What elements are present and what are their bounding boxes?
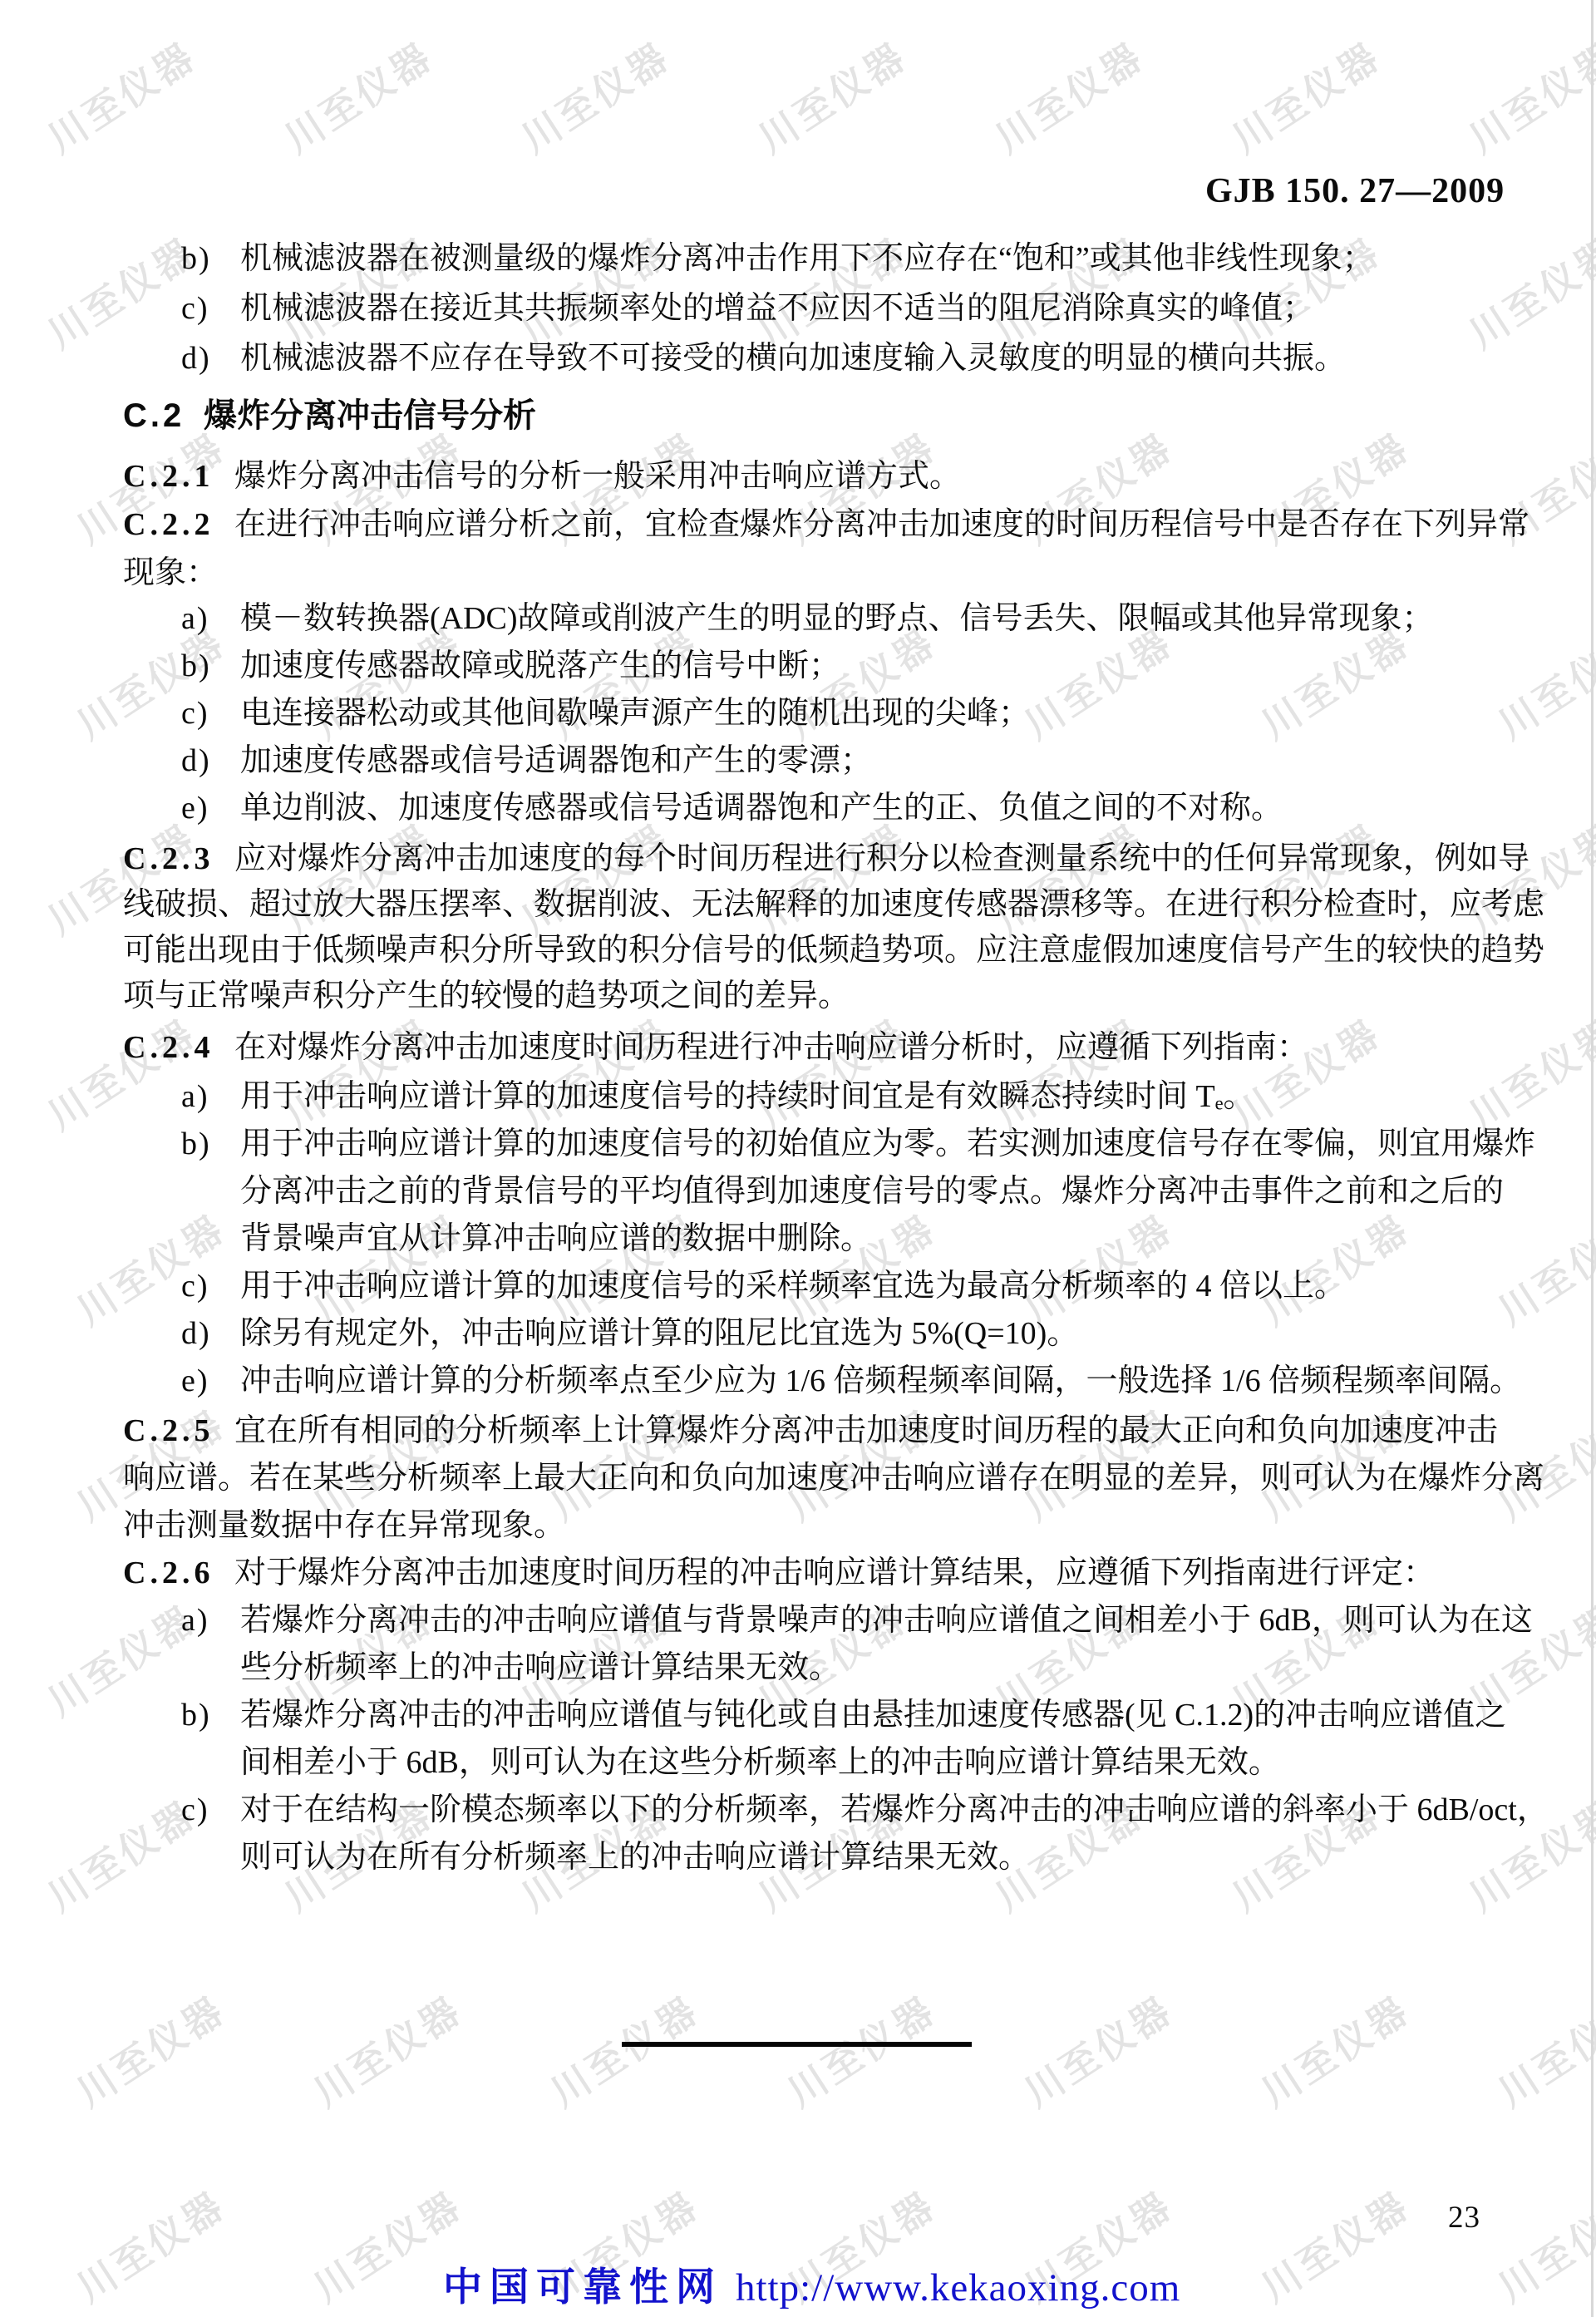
list-item-label: d)	[181, 737, 240, 785]
document-content: b)机械滤波器在被测量级的爆炸分离冲击作用下不应存在“饱和”或其他非线性现象；c…	[123, 234, 1503, 1881]
list-item: e)冲击响应谱计算的分析频率点至少应为 1/6 倍频程频率间隔，一般选择 1/6…	[123, 1358, 1503, 1405]
line-text: 模－数转换器(ADC)故障或削波产生的明显的野点、信号丢失、限幅或其他异常现象；	[240, 601, 1434, 636]
text-line: 冲击测量数据中存在异常现象。	[123, 1502, 1503, 1550]
text-line: b)若爆炸分离冲击的冲击响应谱值与钝化或自由悬挂加速度传感器(见 C.1.2)的…	[123, 1692, 1503, 1739]
section-heading: C.2爆炸分离冲击信号分析	[123, 391, 1503, 441]
watermark-text: 川至仪器	[539, 1981, 708, 2117]
line-text: 单边削波、加速度传感器或信号适调器饱和产生的正、负值之间的不对称。	[240, 791, 1283, 826]
text-line: a)用于冲击响应谱计算的加速度信号的持续时间宜是有效瞬态持续时间 Tₑ。	[123, 1073, 1503, 1121]
list-block: b)机械滤波器在被测量级的爆炸分离冲击作用下不应存在“饱和”或其他非线性现象；c…	[123, 234, 1503, 383]
footer-site-name: 中国可靠性网	[443, 2266, 722, 2310]
text-line: c)电连接器松动或其他间歇噪声源产生的随机出现的尖峰；	[123, 690, 1503, 737]
text-line: b)加速度传感器故障或脱落产生的信号中断；	[123, 643, 1503, 690]
section-paragraph: C.2.5宜在所有相同的分析频率上计算爆炸分离冲击加速度时间历程的最大正向和负向…	[123, 1407, 1503, 1550]
watermark-text: 川至仪器	[776, 1981, 945, 2117]
text-line: c)机械滤波器在接近其共振频率处的增益不应因不适当的阻尼消除真实的峰值；	[123, 283, 1503, 333]
list-item-label: b)	[181, 1121, 240, 1168]
text-line: C.2.3应对爆炸分离冲击加速度的每个时间历程进行积分以检查测量系统中的任何异常…	[123, 836, 1503, 882]
text-line: e)单边削波、加速度传感器或信号适调器饱和产生的正、负值之间的不对称。	[123, 785, 1503, 832]
watermark-text: 川至仪器	[65, 1981, 234, 2117]
line-text: 宜在所有相同的分析频率上计算爆炸分离冲击加速度时间历程的最大正向和负向加速度冲击	[234, 1413, 1498, 1448]
text-line: C.2.5宜在所有相同的分析频率上计算爆炸分离冲击加速度时间历程的最大正向和负向…	[123, 1407, 1503, 1455]
text-line: C.2.2在进行冲击响应谱分析之前，宜检查爆炸分离冲击加速度的时间历程信号中是否…	[123, 500, 1503, 549]
line-text: 用于冲击响应谱计算的加速度信号的采样频率宜选为最高分析频率的 4 倍以上。	[240, 1269, 1346, 1304]
section-paragraph: C.2.2在进行冲击响应谱分析之前，宜检查爆炸分离冲击加速度的时间历程信号中是否…	[123, 500, 1503, 597]
watermark-text: 川至仪器	[1249, 2177, 1419, 2313]
line-text: 用于冲击响应谱计算的加速度信号的持续时间宜是有效瞬态持续时间 Tₑ。	[240, 1079, 1254, 1114]
list-item-label: e)	[181, 785, 240, 832]
list-item-label: a)	[181, 1073, 240, 1121]
text-line: a)模－数转换器(ADC)故障或削波产生的明显的野点、信号丢失、限幅或其他异常现…	[123, 595, 1503, 643]
page-number: 23	[1448, 2200, 1480, 2236]
watermark-text: 川至仪器	[1486, 1981, 1596, 2117]
line-text: 应对爆炸分离冲击加速度的每个时间历程进行积分以检查测量系统中的任何异常现象，例如…	[234, 841, 1529, 876]
text-line: 响应谱。若在某些分析频率上最大正向和负向加速度冲击响应谱存在明显的差异，则可认为…	[123, 1455, 1503, 1502]
line-text: 用于冲击响应谱计算的加速度信号的初始值应为零。若实测加速度信号存在零偏，则宜用爆…	[240, 1126, 1535, 1161]
text-line: 间相差小于 6dB，则可认为在这些分析频率上的冲击响应谱计算结果无效。	[123, 1739, 1503, 1787]
text-line: 线破损、超过放大器压摆率、数据削波、无法解释的加速度传感器漂移等。在进行积分检查…	[123, 882, 1503, 928]
footer-site-url[interactable]: http://www.kekaoxing.com	[736, 2266, 1180, 2310]
list-item: b)机械滤波器在被测量级的爆炸分离冲击作用下不应存在“饱和”或其他非线性现象；	[123, 234, 1503, 283]
list-item-label: b)	[181, 234, 240, 283]
list-item: d)机械滤波器不应存在导致不可接受的横向加速度输入灵敏度的明显的横向共振。	[123, 333, 1503, 383]
text-line: a)若爆炸分离冲击的冲击响应谱值与背景噪声的冲击响应谱值之间相差小于 6dB，则…	[123, 1597, 1503, 1644]
line-text: 除另有规定外，冲击响应谱计算的阻尼比宜选为 5%(Q=10)。	[240, 1316, 1078, 1351]
line-text: 机械滤波器不应存在导致不可接受的横向加速度输入灵敏度的明显的横向共振。	[240, 341, 1346, 376]
section-number: C.2	[123, 391, 204, 441]
line-text: 若爆炸分离冲击的冲击响应谱值与背景噪声的冲击响应谱值之间相差小于 6dB，则可认…	[240, 1603, 1533, 1638]
list-item: c)用于冲击响应谱计算的加速度信号的采样频率宜选为最高分析频率的 4 倍以上。	[123, 1263, 1503, 1310]
section-paragraph: C.2.6对于爆炸分离冲击加速度时间历程的冲击响应谱计算结果，应遵循下列指南进行…	[123, 1550, 1503, 1597]
text-line: d)除另有规定外，冲击响应谱计算的阻尼比宜选为 5%(Q=10)。	[123, 1310, 1503, 1358]
text-line: d)机械滤波器不应存在导致不可接受的横向加速度输入灵敏度的明显的横向共振。	[123, 333, 1503, 383]
watermark-text: 川至仪器	[65, 2177, 234, 2313]
standard-number-header: GJB 150. 27—2009	[1205, 171, 1505, 211]
list-block: a)若爆炸分离冲击的冲击响应谱值与背景噪声的冲击响应谱值之间相差小于 6dB，则…	[123, 1597, 1503, 1881]
section-number: C.2.4	[123, 1023, 234, 1072]
section-number: C.2.1	[123, 452, 234, 500]
list-item-label: d)	[181, 333, 240, 383]
section-number: C.2.3	[123, 836, 234, 882]
text-line: c)对于在结构一阶模态频率以下的分析频率，若爆炸分离冲击的冲击响应谱的斜率小于 …	[123, 1787, 1503, 1834]
list-item-label: a)	[181, 595, 240, 643]
list-item-label: c)	[181, 1787, 240, 1834]
list-item-label: c)	[181, 283, 240, 333]
text-line: 些分析频率上的冲击响应谱计算结果无效。	[123, 1644, 1503, 1692]
section-number: C.2.2	[123, 500, 234, 549]
section-paragraph: C.2.1爆炸分离冲击信号的分析一般采用冲击响应谱方式。	[123, 452, 1503, 500]
list-item: c)对于在结构一阶模态频率以下的分析频率，若爆炸分离冲击的冲击响应谱的斜率小于 …	[123, 1787, 1503, 1881]
section-number: C.2.6	[123, 1550, 234, 1597]
list-item: e)单边削波、加速度传感器或信号适调器饱和产生的正、负值之间的不对称。	[123, 785, 1503, 832]
line-text: 机械滤波器在接近其共振频率处的增益不应因不适当的阻尼消除真实的峰值；	[240, 291, 1314, 326]
text-line: 项与正常噪声积分产生的较慢的趋势项之间的差异。	[123, 974, 1503, 1019]
footer-credit: 中国可靠性网http://www.kekaoxing.com	[443, 2256, 1180, 2312]
text-line: C.2.6对于爆炸分离冲击加速度时间历程的冲击响应谱计算结果，应遵循下列指南进行…	[123, 1550, 1503, 1597]
list-item: a)用于冲击响应谱计算的加速度信号的持续时间宜是有效瞬态持续时间 Tₑ。	[123, 1073, 1503, 1121]
text-line: 背景噪声宜从计算冲击响应谱的数据中删除。	[123, 1215, 1503, 1263]
text-line: C.2.4在对爆炸分离冲击加速度时间历程进行冲击响应谱分析时，应遵循下列指南：	[123, 1023, 1503, 1072]
end-of-text-rule	[622, 2042, 972, 2047]
text-line: 分离冲击之前的背景信号的平均值得到加速度信号的零点。爆炸分离冲击事件之前和之后的	[123, 1168, 1503, 1215]
section-number: C.2.5	[123, 1407, 234, 1455]
watermark-text: 川至仪器	[983, 27, 1153, 164]
line-text: 在对爆炸分离冲击加速度时间历程进行冲击响应谱分析时，应遵循下列指南：	[234, 1030, 1308, 1065]
watermark-text: 川至仪器	[302, 1981, 471, 2117]
watermark-text: 川至仪器	[36, 27, 205, 164]
watermark-text: 川至仪器	[1457, 27, 1596, 164]
text-line: c)用于冲击响应谱计算的加速度信号的采样频率宜选为最高分析频率的 4 倍以上。	[123, 1263, 1503, 1310]
text-line: 现象：	[123, 549, 1503, 597]
line-text: 加速度传感器故障或脱落产生的信号中断；	[240, 648, 840, 683]
watermark-text: 川至仪器	[746, 27, 916, 164]
text-line: b)机械滤波器在被测量级的爆炸分离冲击作用下不应存在“饱和”或其他非线性现象；	[123, 234, 1503, 283]
watermark-text: 川至仪器	[510, 27, 679, 164]
list-block: a)模－数转换器(ADC)故障或削波产生的明显的野点、信号丢失、限幅或其他异常现…	[123, 595, 1503, 832]
line-text: 若爆炸分离冲击的冲击响应谱值与钝化或自由悬挂加速度传感器(见 C.1.2)的冲击…	[240, 1698, 1506, 1733]
scanned-document-page: 川至仪器川至仪器川至仪器川至仪器川至仪器川至仪器川至仪器川至仪器川至仪器川至仪器…	[0, 0, 1596, 2317]
line-text: 冲击响应谱计算的分析频率点至少应为 1/6 倍频程频率间隔，一般选择 1/6 倍…	[240, 1363, 1521, 1398]
list-item: c)机械滤波器在接近其共振频率处的增益不应因不适当的阻尼消除真实的峰值；	[123, 283, 1503, 333]
line-text: 在进行冲击响应谱分析之前，宜检查爆炸分离冲击加速度的时间历程信号中是否存在下列异…	[234, 507, 1529, 542]
list-item: a)若爆炸分离冲击的冲击响应谱值与背景噪声的冲击响应谱值之间相差小于 6dB，则…	[123, 1597, 1503, 1692]
list-item: b)若爆炸分离冲击的冲击响应谱值与钝化或自由悬挂加速度传感器(见 C.1.2)的…	[123, 1692, 1503, 1787]
text-line: C.2爆炸分离冲击信号分析	[123, 391, 1503, 441]
list-item: a)模－数转换器(ADC)故障或削波产生的明显的野点、信号丢失、限幅或其他异常现…	[123, 595, 1503, 643]
watermark-text: 川至仪器	[1220, 27, 1390, 164]
section-paragraph: C.2.3应对爆炸分离冲击加速度的每个时间历程进行积分以检查测量系统中的任何异常…	[123, 836, 1503, 1019]
list-item-label: b)	[181, 643, 240, 690]
list-item-label: c)	[181, 1263, 240, 1310]
line-text: 机械滤波器在被测量级的爆炸分离冲击作用下不应存在“饱和”或其他非线性现象；	[240, 241, 1374, 276]
list-item-label: d)	[181, 1310, 240, 1358]
list-item-label: e)	[181, 1358, 240, 1405]
line-text: 对于在结构一阶模态频率以下的分析频率，若爆炸分离冲击的冲击响应谱的斜率小于 6d…	[240, 1792, 1549, 1827]
watermark-text: 川至仪器	[1486, 2177, 1596, 2313]
text-line: e)冲击响应谱计算的分析频率点至少应为 1/6 倍频程频率间隔，一般选择 1/6…	[123, 1358, 1503, 1405]
list-item: b)加速度传感器故障或脱落产生的信号中断；	[123, 643, 1503, 690]
line-text: 加速度传感器或信号适调器饱和产生的零漂；	[240, 743, 872, 778]
watermark-text: 川至仪器	[1249, 1981, 1419, 2117]
list-block: a)用于冲击响应谱计算的加速度信号的持续时间宜是有效瞬态持续时间 Tₑ。b)用于…	[123, 1073, 1503, 1405]
watermark-text: 川至仪器	[273, 27, 442, 164]
watermark-text: 川至仪器	[1012, 1981, 1182, 2117]
list-item: d)除另有规定外，冲击响应谱计算的阻尼比宜选为 5%(Q=10)。	[123, 1310, 1503, 1358]
text-line: 可能出现由于低频噪声积分所导致的积分信号的低频趋势项。应注意虚假加速度信号产生的…	[123, 928, 1503, 974]
line-text: 爆炸分离冲击信号的分析一般采用冲击响应谱方式。	[234, 459, 961, 494]
text-line: b)用于冲击响应谱计算的加速度信号的初始值应为零。若实测加速度信号存在零偏，则宜…	[123, 1121, 1503, 1168]
list-item: b)用于冲击响应谱计算的加速度信号的初始值应为零。若实测加速度信号存在零偏，则宜…	[123, 1121, 1503, 1263]
scan-edge-line	[1591, 0, 1594, 2317]
list-item-label: a)	[181, 1597, 240, 1644]
list-item: d)加速度传感器或信号适调器饱和产生的零漂；	[123, 737, 1503, 785]
text-line: d)加速度传感器或信号适调器饱和产生的零漂；	[123, 737, 1503, 785]
list-item: c)电连接器松动或其他间歇噪声源产生的随机出现的尖峰；	[123, 690, 1503, 737]
text-line: C.2.1爆炸分离冲击信号的分析一般采用冲击响应谱方式。	[123, 452, 1503, 500]
line-text: 对于爆炸分离冲击加速度时间历程的冲击响应谱计算结果，应遵循下列指南进行评定：	[234, 1555, 1435, 1590]
list-item-label: b)	[181, 1692, 240, 1739]
line-text: 爆炸分离冲击信号分析	[204, 397, 536, 434]
section-paragraph: C.2.4在对爆炸分离冲击加速度时间历程进行冲击响应谱分析时，应遵循下列指南：	[123, 1023, 1503, 1072]
text-line: 则可认为在所有分析频率上的冲击响应谱计算结果无效。	[123, 1834, 1503, 1881]
line-text: 电连接器松动或其他间歇噪声源产生的随机出现的尖峰；	[240, 696, 1030, 731]
list-item-label: c)	[181, 690, 240, 737]
